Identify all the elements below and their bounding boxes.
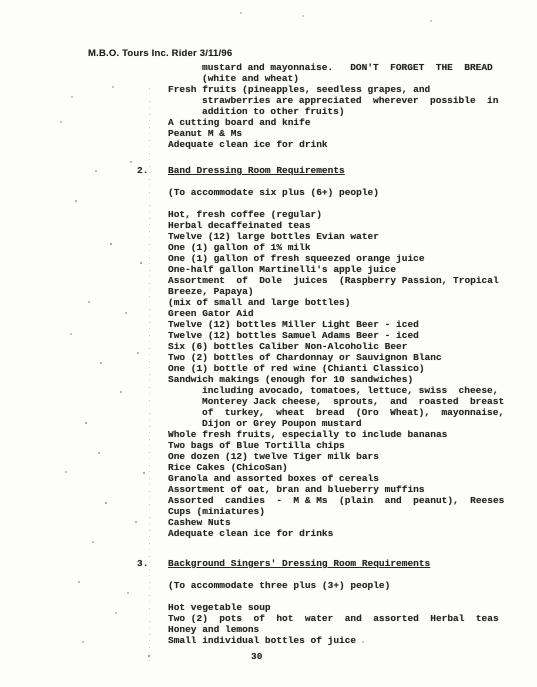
document-header: M.B.O. Tours Inc. Rider 3/11/96	[88, 48, 232, 59]
document-line: Fresh fruits (pineapples, seedless grape…	[0, 84, 537, 95]
document-line: Assortment of Dole juices (Raspberry Pas…	[0, 275, 537, 286]
document-line: of turkey, wheat bread (Oro Wheat), mayo…	[0, 407, 537, 418]
section-title: Band Dressing Room Requirements	[168, 165, 345, 176]
document-line: One dozen (12) twelve Tiger milk bars	[0, 451, 537, 462]
document-line: Cups (miniatures)	[0, 506, 537, 517]
document-line: Cashew Nuts	[0, 517, 537, 528]
document-line: (mix of small and large bottles)	[0, 297, 537, 308]
section-intro: mustard and mayonnaise. DON'T FORGET THE…	[0, 62, 537, 150]
document-line: Hot vegetable soup	[0, 602, 537, 613]
section-heading: 3.Background Singers' Dressing Room Requ…	[0, 558, 537, 569]
document-line: Dijon or Grey Poupon mustard	[0, 418, 537, 429]
scanned-document-page: M.B.O. Tours Inc. Rider 3/11/96 mustard …	[0, 0, 537, 687]
document-line: addition to other fruits)	[0, 106, 537, 117]
document-line: Adequate clean ice for drinks	[0, 528, 537, 539]
section-heading: 2.Band Dressing Room Requirements	[0, 165, 537, 176]
document-line: mustard and mayonnaise. DON'T FORGET THE…	[0, 62, 537, 73]
document-line: Assorted candies - M & Ms (plain and pea…	[0, 495, 537, 506]
document-line: Two bags of Blue Tortilla chips	[0, 440, 537, 451]
scan-noise-speckles	[0, 0, 2, 2]
document-line: One (1) gallon of 1% milk	[0, 242, 537, 253]
document-line: Hot, fresh coffee (regular)	[0, 209, 537, 220]
document-line: Twelve (12) large bottles Evian water	[0, 231, 537, 242]
document-line: Two (2) bottles of Chardonnay or Sauvign…	[0, 352, 537, 363]
document-line: Small individual bottles of juice	[0, 635, 537, 646]
document-line: Two (2) pots of hot water and assorted H…	[0, 613, 537, 624]
section-items: Hot, fresh coffee (regular)Herbal decaff…	[0, 209, 537, 539]
document-line: Green Gator Aid	[0, 308, 537, 319]
document-body: mustard and mayonnaise. DON'T FORGET THE…	[0, 62, 537, 646]
section-title: Background Singers' Dressing Room Requir…	[168, 558, 430, 569]
document-line: Six (6) bottles Caliber Non-Alcoholic Be…	[0, 341, 537, 352]
section-subtitle: (To accommodate six plus (6+) people)	[0, 187, 537, 198]
document-line: strawberries are appreciated wherever po…	[0, 95, 537, 106]
document-line: Peanut M & Ms	[0, 128, 537, 139]
document-line: Whole fresh fruits, especially to includ…	[0, 429, 537, 440]
document-line: Monterey Jack cheese, sprouts, and roast…	[0, 396, 537, 407]
document-line: Herbal decaffeinated teas	[0, 220, 537, 231]
document-line: Rice Cakes (ChicoSan)	[0, 462, 537, 473]
section-number: 2.	[137, 165, 168, 176]
page-number: 30	[251, 651, 262, 662]
section-number: 3.	[137, 558, 168, 569]
document-line: Twelve (12) bottles Samuel Adams Beer - …	[0, 330, 537, 341]
document-line: Assortment of oat, bran and blueberry mu…	[0, 484, 537, 495]
document-line: One-half gallon Martinelli's apple juice	[0, 264, 537, 275]
document-line: Sandwich makings (enough for 10 sandwich…	[0, 374, 537, 385]
document-line: Breeze, Papaya)	[0, 286, 537, 297]
section-items: Hot vegetable soupTwo (2) pots of hot wa…	[0, 602, 537, 646]
section-items: mustard and mayonnaise. DON'T FORGET THE…	[0, 62, 537, 150]
document-line: Adequate clean ice for drink	[0, 139, 537, 150]
document-line: (white and wheat)	[0, 73, 537, 84]
document-line: A cutting board and knife	[0, 117, 537, 128]
document-line: Twelve (12) bottles Miller Light Beer - …	[0, 319, 537, 330]
document-line: Honey and lemons	[0, 624, 537, 635]
document-line: One (1) bottle of red wine (Chianti Clas…	[0, 363, 537, 374]
document-line: One (1) gallon of fresh squeezed orange …	[0, 253, 537, 264]
section-singers: 3.Background Singers' Dressing Room Requ…	[0, 558, 537, 646]
document-line: including avocado, tomatoes, lettuce, sw…	[0, 385, 537, 396]
section-band: 2.Band Dressing Room Requirements(To acc…	[0, 165, 537, 539]
section-subtitle: (To accommodate three plus (3+) people)	[0, 580, 537, 591]
document-line: Granola and assorted boxes of cereals	[0, 473, 537, 484]
